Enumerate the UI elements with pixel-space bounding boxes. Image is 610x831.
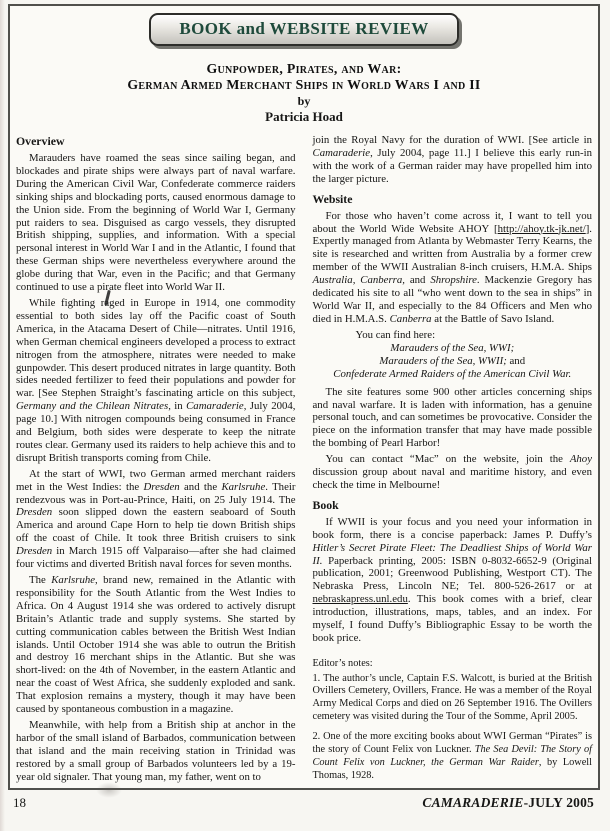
review-banner: BOOK and WEBSITE REVIEW xyxy=(149,13,458,46)
paragraph: At the start of WWI, two German armed me… xyxy=(16,468,296,571)
paragraph: You can contact “Mac” on the website, jo… xyxy=(313,453,593,492)
journal-name: CAMARADERIE-JULY 2005 xyxy=(422,795,594,811)
editor-note: 1. The author’s uncle, Captain F.S. Walc… xyxy=(313,673,593,724)
editor-note: 2. One of the more exciting books about … xyxy=(313,731,593,782)
find-here-lead: You can find here: xyxy=(313,329,593,342)
content-border: BOOK and WEBSITE REVIEW Gunpowder, Pirat… xyxy=(8,4,600,790)
left-column: Overview Marauders have roamed the seas … xyxy=(16,134,296,790)
article-body: Overview Marauders have roamed the seas … xyxy=(10,134,598,790)
hyperlink-text: nebraskapress.unl.edu xyxy=(313,593,408,605)
find-here-item: Confederate Armed Raiders of the America… xyxy=(313,368,593,381)
paragraph: Meanwhile, with help from a British ship… xyxy=(16,719,296,784)
overview-heading: Overview xyxy=(16,134,296,148)
website-heading: Website xyxy=(313,192,593,206)
paragraph: Marauders have roamed the seas since sai… xyxy=(16,152,296,294)
hyperlink-text: http://ahoy.tk-jk.net/ xyxy=(498,223,586,235)
byline: by xyxy=(10,94,598,109)
scanned-page: BOOK and WEBSITE REVIEW Gunpowder, Pirat… xyxy=(0,0,610,831)
paragraph: While fighting raged in Europe in 1914, … xyxy=(16,297,296,465)
book-heading: Book xyxy=(313,498,593,512)
find-here-item: Marauders of the Sea, WWII; and xyxy=(313,355,593,368)
editor-notes-heading: Editor’s notes: xyxy=(313,658,593,671)
paragraph: join the Royal Navy for the duration of … xyxy=(313,134,593,186)
banner-label: BOOK and WEBSITE REVIEW xyxy=(179,19,428,38)
page-footer: 18 CAMARADERIE-JULY 2005 xyxy=(13,795,594,811)
editor-notes: Editor’s notes: 1. The author’s uncle, C… xyxy=(313,658,593,782)
right-column: join the Royal Navy for the duration of … xyxy=(313,134,593,790)
scan-edge-shade xyxy=(0,0,5,831)
banner-row: BOOK and WEBSITE REVIEW xyxy=(10,13,598,46)
page-number: 18 xyxy=(13,795,26,811)
find-here-list: You can find here: Marauders of the Sea,… xyxy=(313,329,593,382)
find-here-item: Marauders of the Sea, WWI; xyxy=(313,342,593,355)
paragraph: For those who haven’t come across it, I … xyxy=(313,210,593,326)
paragraph: The Karlsruhe, brand new, remained in th… xyxy=(16,574,296,716)
author-name: Patricia Hoad xyxy=(10,109,598,124)
title-line-2: German Armed Merchant Ships in World War… xyxy=(10,77,598,93)
article-title: Gunpowder, Pirates, and War: German Arme… xyxy=(10,61,598,124)
title-line-1: Gunpowder, Pirates, and War: xyxy=(10,61,598,77)
paragraph: The site features some 900 other article… xyxy=(313,386,593,451)
paragraph: If WWII is your focus and you need your … xyxy=(313,516,593,645)
